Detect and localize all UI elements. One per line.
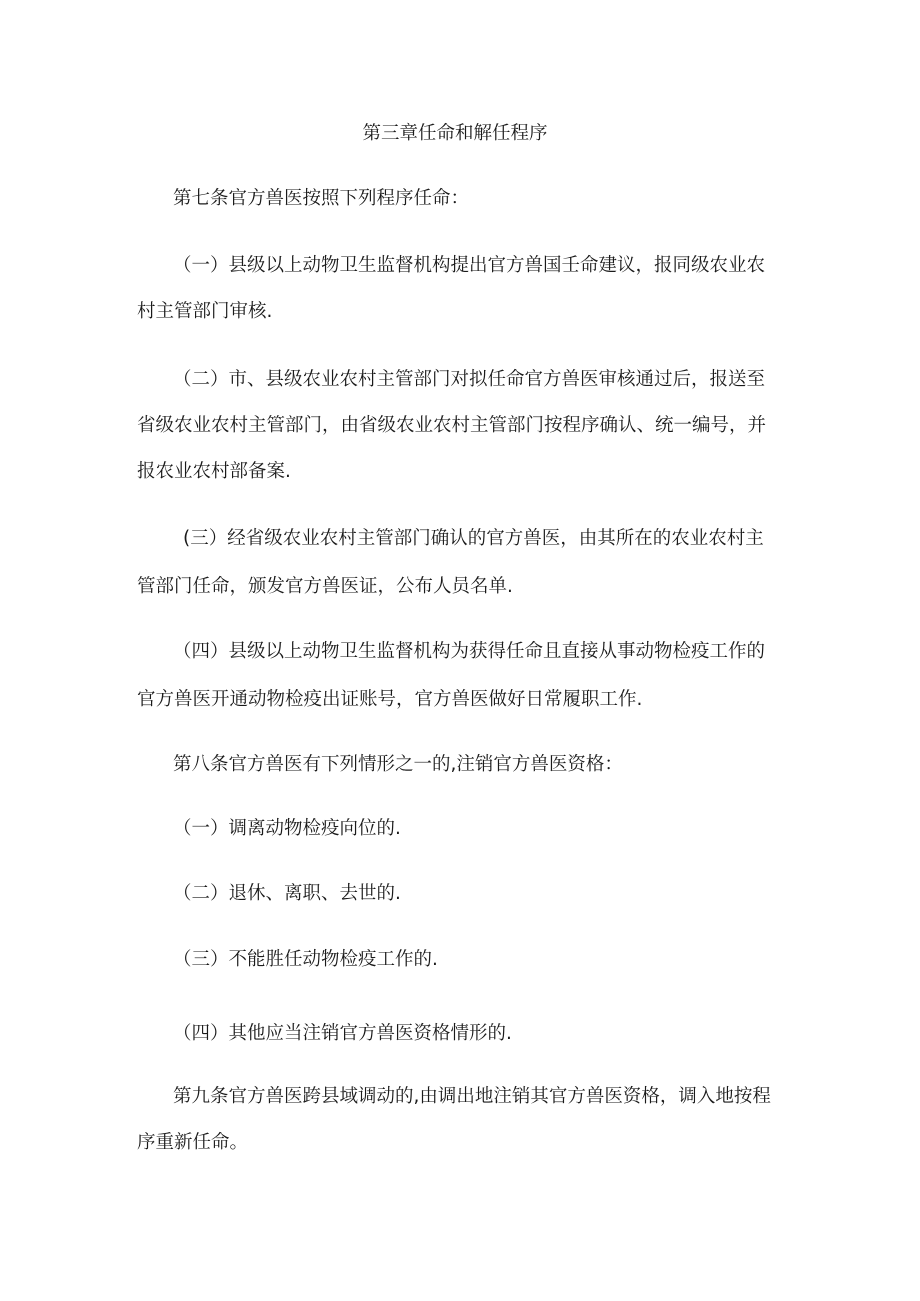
article-7-item-2-line-3: 报农业农村部备案. — [137, 460, 291, 484]
article-8-item-4: （四）其他应当注销官方兽医资格情形的. — [173, 1022, 512, 1046]
article-9-line-1: 第九条官方兽医跨县域调动的,由调出地注销其官方兽医资格，调入地按程 — [173, 1085, 771, 1109]
article-8-item-2: （二）退休、离职、去世的. — [173, 882, 401, 906]
chapter-title: 第三章任命和解任程序 — [0, 122, 910, 146]
article-7-item-2-line-2: 省级农业农村主管部门，由省级农业农村主管部门按程序确认、统一编号，并 — [137, 414, 766, 438]
article-7-item-3-line-1: (三）经省级农业农村主管部门确认的官方兽医，由其所在的农业农村主 — [183, 527, 764, 551]
article-7-item-3-line-2: 管部门任命，颁发官方兽医证，公布人员名单. — [137, 575, 513, 599]
article-7-item-1-line-1: （一）县级以上动物卫生监督机构提出官方兽国壬命建议，报同级农业农 — [173, 254, 765, 278]
article-7-heading: 第七条官方兽医按照下列程序任命： — [173, 187, 469, 211]
article-8-item-3: （三）不能胜任动物检疫工作的. — [173, 948, 438, 972]
article-9-line-2: 序重新任命。 — [137, 1131, 248, 1155]
article-7-item-2-line-1: （二）市、县级农业农村主管部门对拟任命官方兽医审核通过后，报送至 — [173, 368, 765, 392]
article-7-item-1-line-2: 村主管部门审核. — [137, 300, 272, 324]
article-8-heading: 第八条官方兽医有下列情形之一的,注销官方兽医资格： — [173, 753, 623, 777]
article-8-item-1: （一）调离动物检疫向位的. — [173, 817, 401, 841]
article-7-item-4-line-1: （四）县级以上动物卫生监督机构为获得任命且直接从事动物检疫工作的 — [173, 640, 765, 664]
article-7-item-4-line-2: 官方兽医开通动物检疫出证账号，官方兽医做好日常履职工作. — [137, 688, 642, 712]
document-page: 第三章任命和解任程序 第七条官方兽医按照下列程序任命： （一）县级以上动物卫生监… — [0, 0, 920, 1301]
